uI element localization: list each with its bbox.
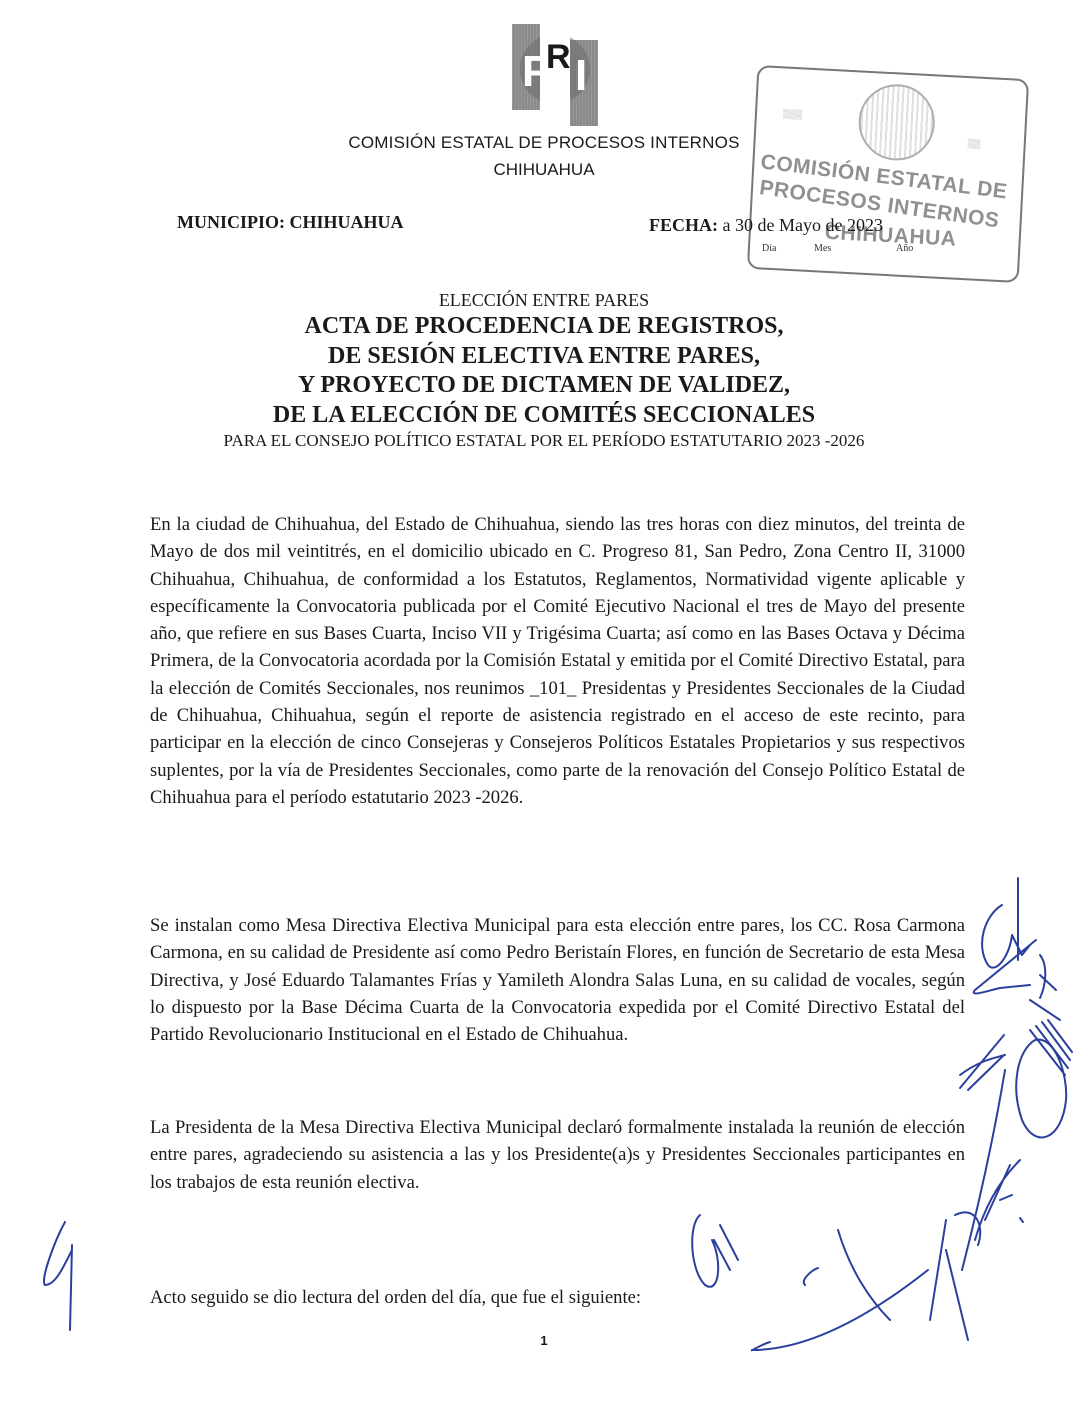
document-title: ACTA DE PROCEDENCIA DE REGISTROS, DE SES… <box>0 312 1088 430</box>
municipio-field: MUNICIPIO: CHIHUAHUA <box>177 212 404 233</box>
signature-mark <box>1016 1040 1066 1138</box>
stamp-seal-icon <box>857 82 937 162</box>
document-period: PARA EL CONSEJO POLÍTICO ESTATAL POR EL … <box>0 431 1088 451</box>
signature-mark <box>960 1035 1005 1090</box>
fecha-sublabel-month: Mes <box>814 243 831 254</box>
paragraph-mesa-directiva: Se instalan como Mesa Directiva Electiva… <box>150 912 965 1048</box>
signature-mark <box>1030 955 1060 1020</box>
stamp-faint-mark: ▒▒▒ <box>783 108 803 119</box>
fecha-field: FECHA: a 30 de Mayo de 2023 <box>649 215 883 236</box>
logo-letter-i: I <box>575 54 587 98</box>
fecha-sublabel-day: Día <box>762 243 776 254</box>
document-subtitle: ELECCIÓN ENTRE PARES <box>0 290 1088 311</box>
signature-mark <box>1020 1218 1023 1222</box>
official-stamp: ▒▒▒ ▒▒ COMISIÓN ESTATAL DE PROCESOS INTE… <box>747 65 1029 283</box>
page-number: 1 <box>0 1333 1088 1348</box>
paragraph-instalacion: La Presidenta de la Mesa Directiva Elect… <box>150 1114 965 1196</box>
paragraph-opening: En la ciudad de Chihuahua, del Estado de… <box>150 511 965 811</box>
signature-mark <box>974 878 1036 993</box>
fecha-value: a 30 de Mayo de 2023 <box>723 215 883 235</box>
stamp-faint-mark: ▒▒ <box>967 138 980 149</box>
fecha-sublabel-year: Año <box>896 243 913 254</box>
municipio-label: MUNICIPIO: <box>177 212 285 232</box>
signature-mark <box>804 1230 890 1320</box>
paragraph-orden-del-dia: Acto seguido se dio lectura del orden de… <box>150 1284 790 1311</box>
signature-mark <box>44 1222 72 1330</box>
title-line: Y PROYECTO DE DICTAMEN DE VALIDEZ, <box>0 371 1088 401</box>
signature-mark <box>930 1212 980 1340</box>
signature-mark <box>962 1070 1005 1270</box>
municipio-value: CHIHUAHUA <box>290 212 404 232</box>
title-line: DE LA ELECCIÓN DE COMITÉS SECCIONALES <box>0 401 1088 431</box>
signature-mark <box>692 1215 738 1287</box>
signature-mark <box>975 1160 1020 1240</box>
fecha-label: FECHA: <box>649 215 718 235</box>
title-line: DE SESIÓN ELECTIVA ENTRE PARES, <box>0 342 1088 372</box>
pri-logo: P R I <box>512 24 598 110</box>
logo-letter-r: R <box>546 40 571 74</box>
title-line: ACTA DE PROCEDENCIA DE REGISTROS, <box>0 312 1088 342</box>
signature-mark <box>1030 1020 1072 1075</box>
